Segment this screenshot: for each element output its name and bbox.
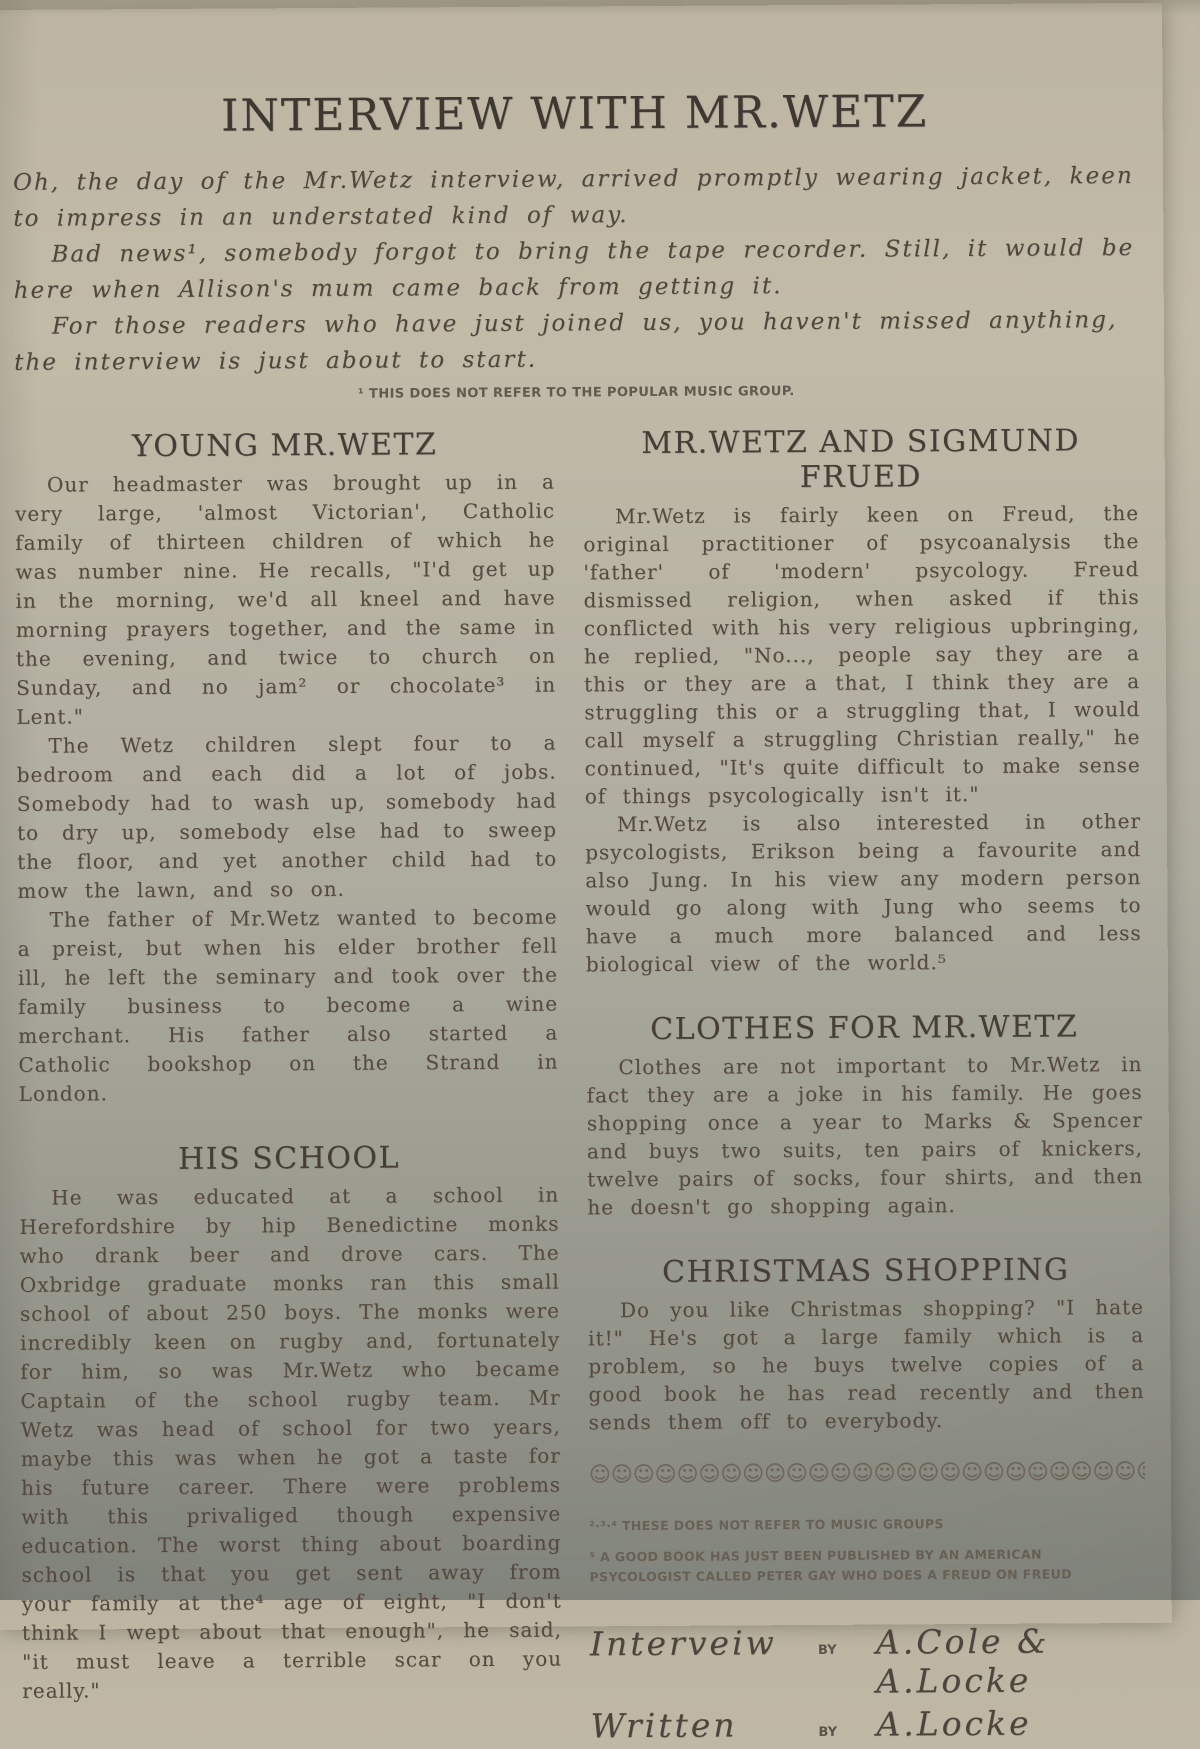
- body-paragraph: He was educated at a school in Herefords…: [19, 1181, 562, 1600]
- newsletter-page: INTERVIEW WITH MR.WETZ Oh, the day of th…: [0, 3, 1172, 1600]
- section-heading: CLOTHES FOR MR.WETZ: [586, 1009, 1142, 1047]
- page-title: INTERVIEW WITH MR.WETZ: [12, 3, 1137, 143]
- section-heading: CHRISTMAS SHOPPING: [588, 1252, 1144, 1290]
- two-column-layout: YOUNG MR.WETZ Our headmaster was brought…: [15, 423, 1147, 1600]
- body-paragraph: Our headmaster was brought up in a very …: [15, 468, 557, 732]
- page-content: INTERVIEW WITH MR.WETZ Oh, the day of th…: [0, 3, 1173, 1600]
- right-column: MR.WETZ AND SIGMUND FRUED Mr.Wetz is fai…: [583, 423, 1147, 1600]
- body-paragraph: The father of Mr.Wetz wanted to become a…: [17, 903, 558, 1109]
- intro-paragraph: Bad news¹, somebody forgot to bring the …: [13, 230, 1137, 309]
- footnote-peter-gay: ⁵ A GOOD BOOK HAS JUST BEEN PUBLISHED BY…: [589, 1544, 1089, 1588]
- footnote-music-groups: ²·³·⁴ THESE DOES NOT REFER TO MUSIC GROU…: [589, 1513, 1089, 1537]
- section-heading: MR.WETZ AND SIGMUND FRUED: [583, 423, 1139, 496]
- body-paragraph: Mr.Wetz is fairly keen on Freud, the ori…: [583, 499, 1141, 810]
- body-paragraph: Do you like Christmas shopping? "I hate …: [588, 1293, 1145, 1436]
- body-paragraph: The Wetz children slept four to a bedroo…: [16, 729, 557, 906]
- smiley-divider-ornament: ☺☺☺☺☺☺☺☺☺☺☺☺☺☺☺☺☺☺☺☺☺☺☺☺☺☺☺☺: [589, 1459, 1145, 1486]
- section-heading: YOUNG MR.WETZ: [15, 427, 555, 465]
- section-sigmund-frued: MR.WETZ AND SIGMUND FRUED Mr.Wetz is fai…: [583, 423, 1142, 978]
- section-heading: HIS SCHOOL: [19, 1140, 559, 1178]
- section-his-school: HIS SCHOOL He was educated at a school i…: [19, 1140, 562, 1600]
- intro-paragraph: For those readers who have just joined u…: [14, 302, 1138, 381]
- section-young-mr-wetz: YOUNG MR.WETZ Our headmaster was brought…: [15, 427, 559, 1109]
- left-column: YOUNG MR.WETZ Our headmaster was brought…: [15, 427, 563, 1600]
- body-paragraph: Mr.Wetz is also interested in other psyc…: [585, 807, 1142, 978]
- intro-paragraph: Oh, the day of the Mr.Wetz interview, ar…: [13, 158, 1137, 237]
- intro-section: Oh, the day of the Mr.Wetz interview, ar…: [13, 158, 1138, 381]
- section-christmas-shopping: CHRISTMAS SHOPPING Do you like Christmas…: [588, 1252, 1145, 1436]
- footnotes-section: ²·³·⁴ THESE DOES NOT REFER TO MUSIC GROU…: [589, 1513, 1145, 1588]
- footnote-tape-recorder: ¹ THIS DOES NOT REFER TO THE POPULAR MUS…: [14, 382, 1138, 404]
- body-paragraph: Clothes are not important to Mr.Wetz in …: [586, 1050, 1143, 1221]
- section-clothes: CLOTHES FOR MR.WETZ Clothes are not impo…: [586, 1009, 1143, 1221]
